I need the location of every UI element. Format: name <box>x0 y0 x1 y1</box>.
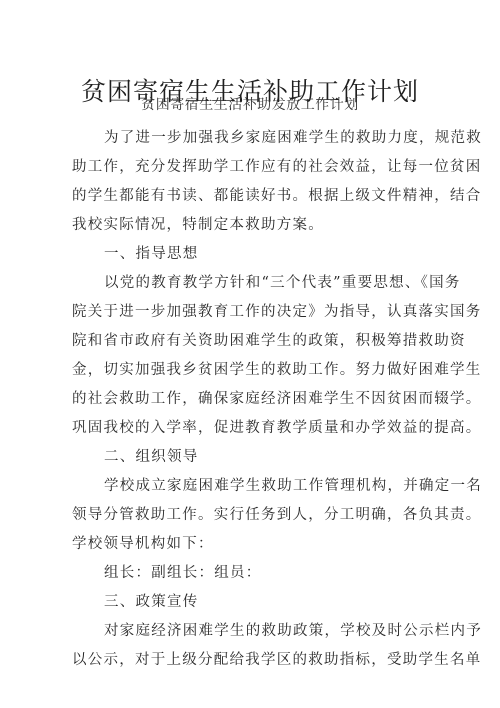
document-subtitle: 贫困寄宿生生活补助发放工作计划 <box>0 96 500 114</box>
section-heading-guiding-ideology: 一、指导思想 <box>72 240 380 269</box>
document-page: 贫困寄宿生生活补助工作计划 贫困寄宿生生活补助发放工作计划 为了进一步加强我乡家… <box>0 0 500 708</box>
paragraph-intro: 为了进一步加强我乡家庭困难学生的救助力度，规范救 助工作，充分发挥助学工作应有的… <box>72 124 380 240</box>
text-line: 院关于进一步加强教育工作的决定》为指导，认真落实国务 <box>72 298 380 327</box>
text-line: 为了进一步加强我乡家庭困难学生的救助力度，规范救 <box>72 124 380 153</box>
section-heading-policy-publicity: 三、政策宣传 <box>72 588 380 617</box>
text-line: 以党的教育教学方针和“三个代表”重要思想、《国务 <box>72 269 380 298</box>
text-line: 领导分管救助工作。实行任务到人，分工明确，各负其责。 <box>72 501 380 530</box>
text-line: 金，切实加强我乡贫困学生的救助工作。努力做好困难学生 <box>72 356 380 385</box>
text-line: 学校成立家庭困难学生救助工作管理机构，并确定一名 <box>72 472 380 501</box>
text-line: 助工作，充分发挥助学工作应有的社会效益，让每一位贫困 <box>72 153 380 182</box>
text-line: 以公示，对于上级分配给我学区的救助指标，受助学生名单 <box>72 646 380 675</box>
text-line: 巩固我校的入学率，促进教育教学质量和办学效益的提高。 <box>72 414 380 443</box>
section-heading-organization: 二、组织领导 <box>72 443 380 472</box>
text-line: 我校实际情况，特制定本救助方案。 <box>72 211 380 240</box>
text-line: 的社会救助工作，确保家庭经济困难学生不因贫困而辍学。 <box>72 385 380 414</box>
document-body: 为了进一步加强我乡家庭困难学生的救助力度，规范救 助工作，充分发挥助学工作应有的… <box>72 124 380 675</box>
text-line: 学校领导机构如下： <box>72 530 380 559</box>
paragraph-policy-publicity: 对家庭经济困难学生的救助政策，学校及时公示栏内予 以公示，对于上级分配给我学区的… <box>72 617 380 675</box>
paragraph-guiding-ideology: 以党的教育教学方针和“三个代表”重要思想、《国务 院关于进一步加强教育工作的决定… <box>72 269 380 443</box>
text-line: 对家庭经济困难学生的救助政策，学校及时公示栏内予 <box>72 617 380 646</box>
text-line: 院和省市政府有关资助困难学生的政策，积极筹措救助资 <box>72 327 380 356</box>
paragraph-organization: 学校成立家庭困难学生救助工作管理机构，并确定一名 领导分管救助工作。实行任务到人… <box>72 472 380 559</box>
group-roles-line: 组长：副组长：组员： <box>72 559 380 588</box>
text-line: 的学生都能有书读、都能读好书。根据上级文件精神，结合 <box>72 182 380 211</box>
